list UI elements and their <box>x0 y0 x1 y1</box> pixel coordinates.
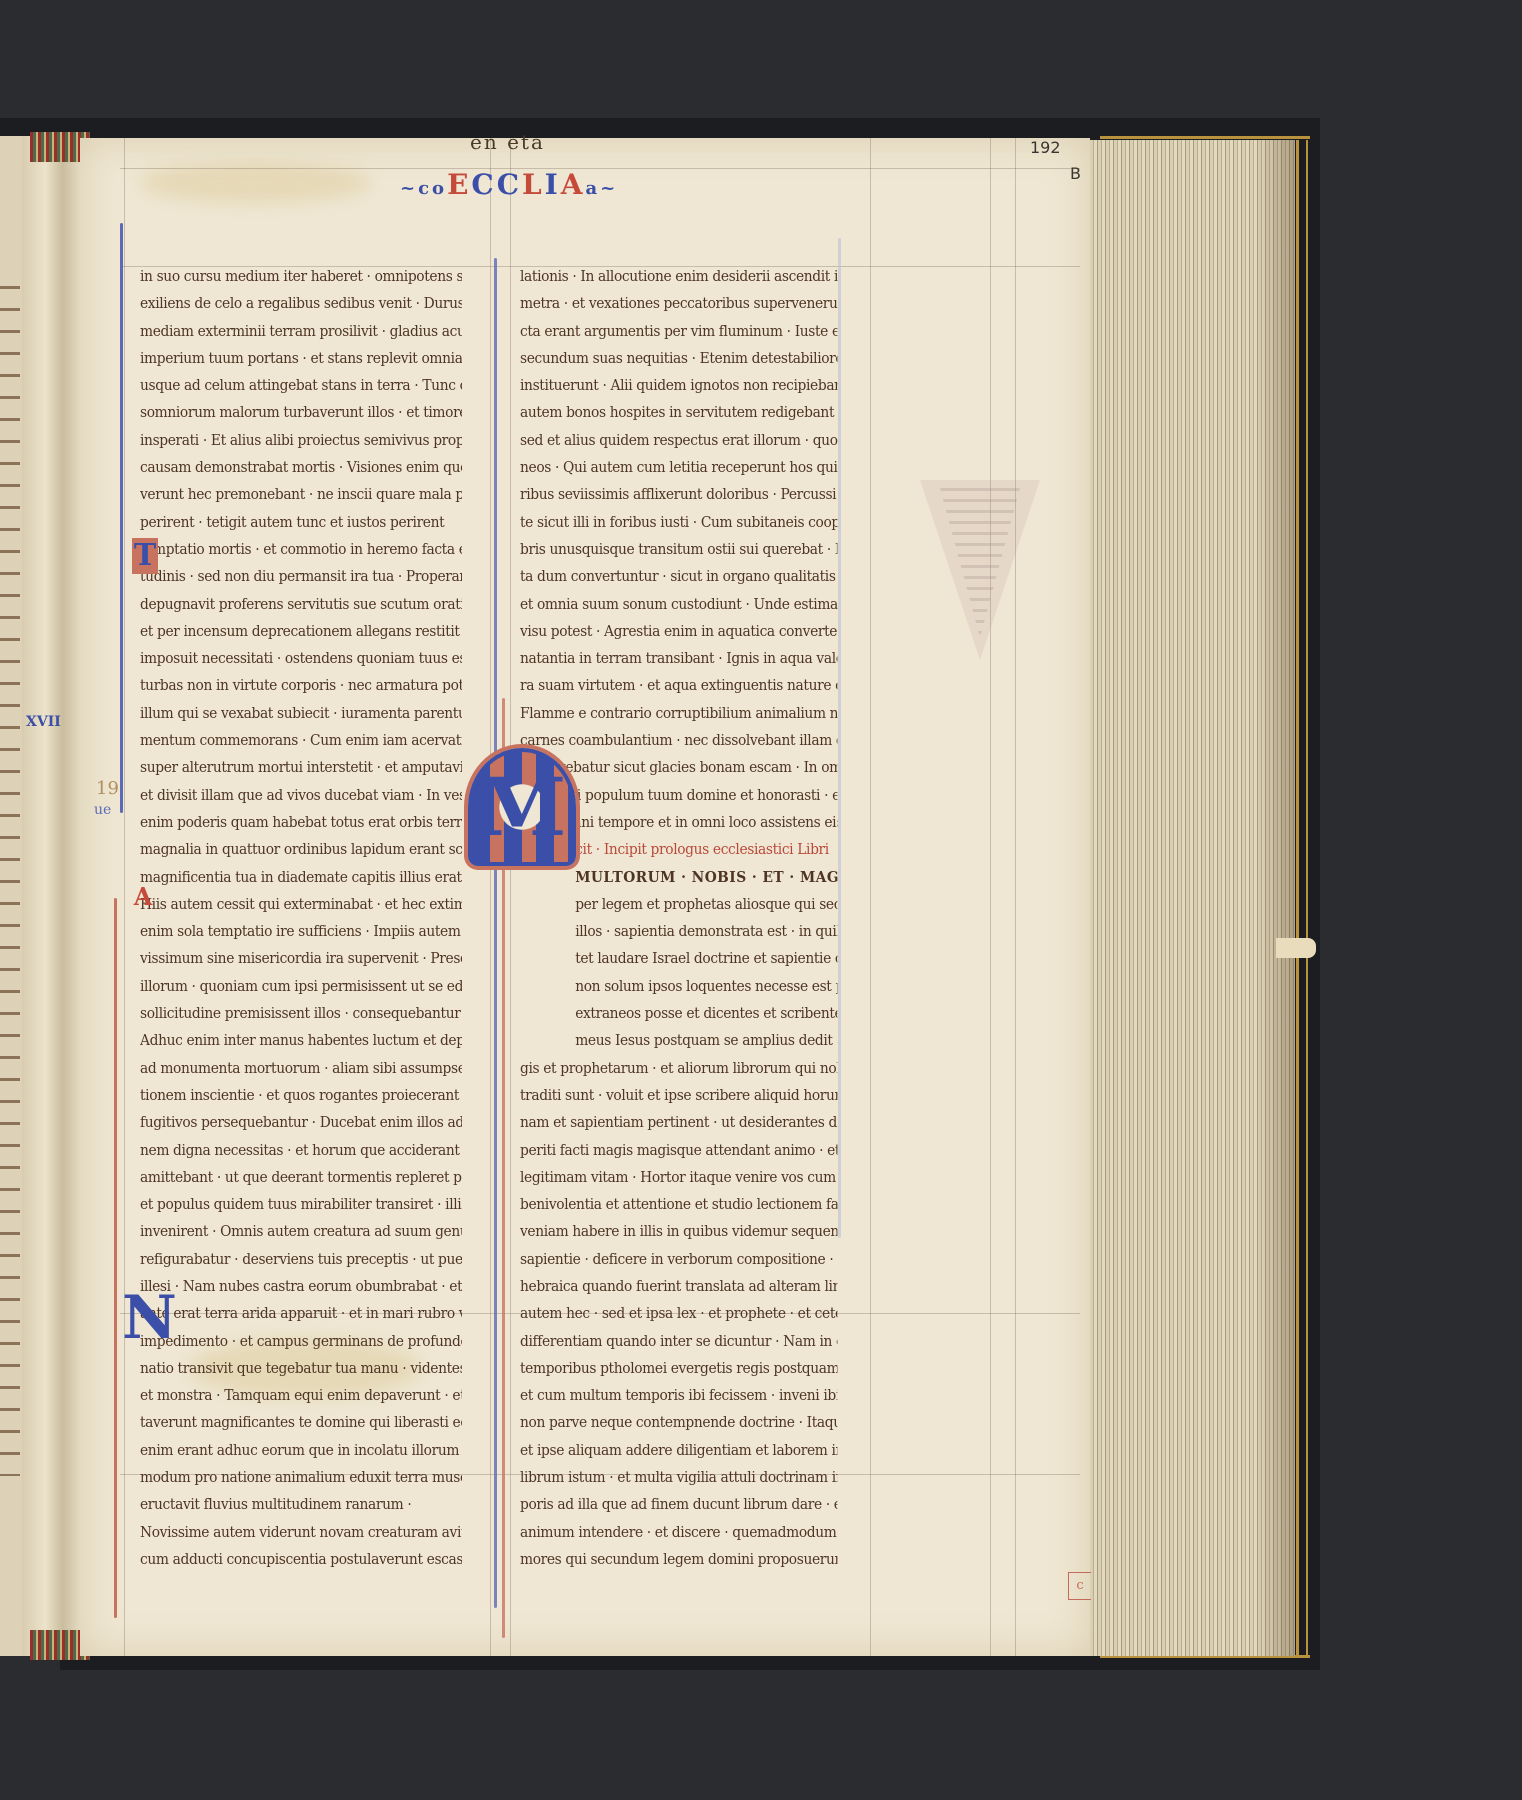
quire-mark: c <box>1068 1572 1091 1600</box>
text-line: extraneos posse et dicentes et scribente… <box>520 1000 837 1027</box>
text-line: veniam habere in illis in quibus videmur… <box>520 1218 837 1245</box>
column-left: in suo cursu medium iter haberet · omnip… <box>140 263 490 1573</box>
text-line: traditi sunt · voluit et ipse scribere a… <box>520 1082 837 1109</box>
initial-T: T <box>132 538 158 574</box>
text-line: imposuit necessitati · ostendens quoniam… <box>140 645 462 672</box>
recto-page: en eta ~coECCLIAa~ 192 B 19 ue in suo cu… <box>80 138 1090 1656</box>
gilt-line-right-inner <box>1306 140 1308 1655</box>
text-line: temporibus ptholomei evergetis regis pos… <box>520 1355 837 1382</box>
text-line: mediam exterminii terram prosilivit · gl… <box>140 318 462 345</box>
pen-flourish-center <box>494 258 497 1608</box>
page-tab <box>1276 938 1316 958</box>
text-line: librum istum · et multa vigilia attuli d… <box>520 1464 837 1491</box>
decorated-initial-M: M <box>468 748 576 866</box>
text-line: ad monumenta mortuorum · aliam sibi assu… <box>140 1055 462 1082</box>
text-line: invenirent · Omnis autem creatura ad suu… <box>140 1218 462 1245</box>
text-line: verunt hec premonebant · ne inscii quare… <box>140 481 462 508</box>
text-line: turbas non in virtute corporis · nec arm… <box>140 672 462 699</box>
text-line: ra suam virtutem · et aqua extinguentis … <box>520 672 837 699</box>
column-right: lationis · In allocutione enim desiderii… <box>520 263 865 1573</box>
text-line: nem digna necessitas · et horum que acci… <box>140 1137 462 1164</box>
text-line: magnificentia tua in diademate capitis i… <box>140 864 462 891</box>
text-line: impedimento · et campus germinans de pro… <box>140 1328 462 1355</box>
text-line: tionem inscientie · et quos rogantes pro… <box>140 1082 462 1109</box>
text-line: mores qui secundum legem domini proposue… <box>520 1546 837 1573</box>
text-line: enim sola temptatio ire sufficiens · Imp… <box>140 918 462 945</box>
pen-flourish-blue <box>120 223 123 813</box>
text-line: natio transivit que tegebatur tua manu ·… <box>140 1355 462 1382</box>
running-title: en eta <box>470 130 545 154</box>
chapter-number-left: XVII <box>26 714 61 730</box>
initial-A: A <box>132 886 154 908</box>
text-line: tudinis · sed non diu permansit ira tua … <box>140 563 462 590</box>
text-line: metra · et vexationes peccatoribus super… <box>520 290 837 317</box>
text-line: autem bonos hospites in servitutem redig… <box>520 399 837 426</box>
text-line: usque ad celum attingebat stans in terra… <box>140 372 462 399</box>
text-line: illos · sapientia demonstrata est · in q… <box>520 918 837 945</box>
text-line: te sicut illi in foribus iusti · Cum sub… <box>520 509 837 536</box>
text-line: somniorum malorum turbaverunt illos · et… <box>140 399 462 426</box>
text-line: periti facti magis magisque attendant an… <box>520 1137 837 1164</box>
text-line: non solum ipsos loquentes necesse est pe… <box>520 973 837 1000</box>
text-line: imperium tuum portans · et stans replevi… <box>140 345 462 372</box>
text-line: causam demonstrabat mortis · Visiones en… <box>140 454 462 481</box>
text-line: et omnia suum sonum custodiunt · Unde es… <box>520 591 837 618</box>
text-line: modum pro natione animalium eduxit terra… <box>140 1464 462 1491</box>
text-line: et monstra · Tamquam equi enim depaverun… <box>140 1382 462 1409</box>
folio-letter: B <box>1070 164 1081 183</box>
marginal-number: 19 <box>96 778 119 799</box>
text-line: vissimum sine misericordia ira superveni… <box>140 945 462 972</box>
text-line: enim erant adhuc eorum que in incolatu i… <box>140 1437 462 1464</box>
text-line: enim poderis quam habebat totus erat orb… <box>140 809 462 836</box>
text-line: cta erant argumentis per vim fluminum · … <box>520 318 837 345</box>
text-line: autem hec · sed et ipsa lex · et prophet… <box>520 1300 837 1327</box>
text-line: fugitivos persequebantur · Ducebat enim … <box>140 1109 462 1136</box>
text-line: secundum suas nequitias · Etenim detesta… <box>520 345 837 372</box>
text-line: differentiam quando inter se dicuntur · … <box>520 1328 837 1355</box>
text-line: MULTORUM · NOBIS · ET · MAGNORUM <box>520 864 837 891</box>
text-line: ta dum convertuntur · sicut in organo qu… <box>520 563 837 590</box>
text-line: illum qui se vexabat subiecit · iurament… <box>140 700 462 727</box>
text-line: in suo cursu medium iter haberet · omnip… <box>140 263 462 290</box>
text-line: ribus seviissimis afflixerunt doloribus … <box>520 481 837 508</box>
text-line: Novissime autem viderunt novam creaturam… <box>140 1519 462 1546</box>
text-line: et ipse aliquam addere diligentiam et la… <box>520 1437 837 1464</box>
text-line: illesi · Nam nubes castra eorum obumbrab… <box>140 1273 462 1300</box>
text-line: ante erat terra arida apparuit · et in m… <box>140 1300 462 1327</box>
text-line: depugnavit proferens servitutis sue scut… <box>140 591 462 618</box>
text-line: legitimam vitam · Hortor itaque venire v… <box>520 1164 837 1191</box>
text-line: sed et alius quidem respectus erat illor… <box>520 427 837 454</box>
text-line: natantia in terram transibant · Ignis in… <box>520 645 837 672</box>
text-line: et per incensum deprecationem allegans r… <box>140 618 462 645</box>
folio-number: 192 <box>1030 138 1061 157</box>
text-line: sollicitudine premisissent illos · conse… <box>140 1000 462 1027</box>
text-line: nam et sapientiam pertinent · ut desider… <box>520 1109 837 1136</box>
text-line: benivolentia et attentione et studio lec… <box>520 1191 837 1218</box>
text-line: per legem et prophetas aliosque qui secu… <box>520 891 837 918</box>
text-line: Hiis autem cessit qui exterminabat · et … <box>140 891 462 918</box>
text-line: refigurabatur · deserviens tuis precepti… <box>140 1246 462 1273</box>
text-line: et populus quidem tuus mirabiliter trans… <box>140 1191 462 1218</box>
text-line: gis et prophetarum · et aliorum librorum… <box>520 1055 837 1082</box>
text-line: animum intendere · et discere · quemadmo… <box>520 1519 837 1546</box>
text-line: sapientie · deficere in verborum composi… <box>520 1246 837 1273</box>
text-line: illorum · quoniam cum ipsi permisissent … <box>140 973 462 1000</box>
text-line: meus Iesus postquam se amplius dedit ad … <box>520 1027 837 1054</box>
text-line: perirent · tetigit autem tunc et iustos … <box>140 509 462 536</box>
text-line: hebraica quando fuerint translata ad alt… <box>520 1273 837 1300</box>
text-line: temptatio mortis · et commotio in heremo… <box>140 536 462 563</box>
gilt-line-right <box>1296 140 1299 1655</box>
text-line: exiliens de celo a regalibus sedibus ven… <box>140 290 462 317</box>
text-line: bris unusquisque transitum ostii sui que… <box>520 536 837 563</box>
initial-N: N <box>122 1288 172 1348</box>
text-line: Flamme e contrario corruptibilium animal… <box>520 700 837 727</box>
text-line: et divisit illam que ad vivos ducebat vi… <box>140 782 462 809</box>
text-block-edge <box>1090 140 1295 1656</box>
book-title: ~coECCLIAa~ <box>400 168 618 201</box>
text-line: et cum multum temporis ibi fecissem · in… <box>520 1382 837 1409</box>
text-line: mentum commemorans · Cum enim iam acerva… <box>140 727 462 754</box>
text-line: lationis · In allocutione enim desiderii… <box>520 263 837 290</box>
text-line: poris ad illa que ad finem ducunt librum… <box>520 1491 837 1518</box>
text-line: eructavit fluvius multitudinem ranarum · <box>140 1491 462 1518</box>
gilt-line-top <box>1100 136 1310 139</box>
left-page-edge <box>0 136 23 1656</box>
text-line: amittebant · ut que deerant tormentis re… <box>140 1164 462 1191</box>
text-line: carnes coambulantium · nec dissolvebant … <box>520 727 837 754</box>
text-line: Adhuc enim inter manus habentes luctum e… <box>140 1027 462 1054</box>
text-line: magnalia in quattuor ordinibus lapidum e… <box>140 836 462 863</box>
text-line: taverunt magnificantes te domine qui lib… <box>140 1409 462 1436</box>
text-line: super alterutrum mortui interstetit · et… <box>140 754 462 781</box>
text-line: cum adducti concupiscentia postulaverunt… <box>140 1546 462 1573</box>
gutter <box>22 136 80 1656</box>
text-line: tet laudare Israel doctrine et sapientie… <box>520 945 837 972</box>
text-line: neos · Qui autem cum letitia receperunt … <box>520 454 837 481</box>
pen-flourish-red <box>114 898 117 1618</box>
text-line: non parve neque contempnende doctrine · … <box>520 1409 837 1436</box>
text-line: insperati · Et alius alibi proiectus sem… <box>140 427 462 454</box>
text-line: instituerunt · Alii quidem ignotos non r… <box>520 372 837 399</box>
text-line: visu potest · Agrestia enim in aquatica … <box>520 618 837 645</box>
left-page-text <box>0 276 20 1476</box>
marginal-note: ue <box>94 802 111 818</box>
